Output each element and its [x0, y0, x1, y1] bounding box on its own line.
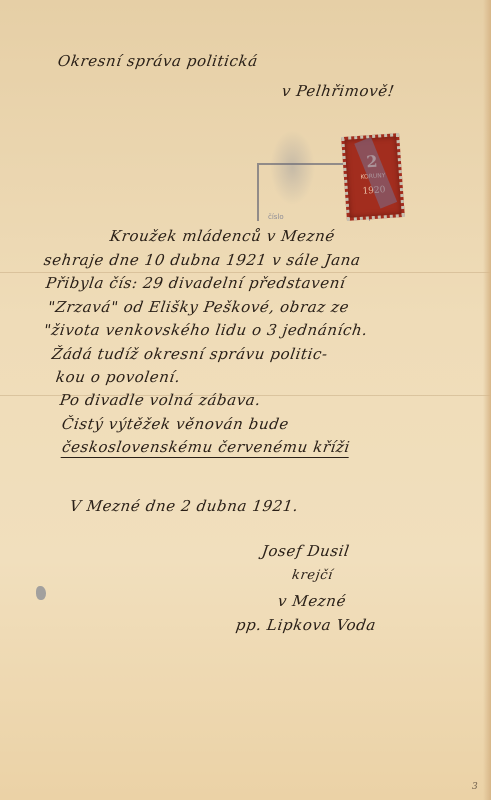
body-line: sehraje dne 10 dubna 1921 v sále Jana: [43, 251, 362, 269]
signature-place: v Mezné: [277, 592, 348, 610]
address-line-2: v Pelhřimově!: [281, 82, 396, 100]
body-line-underlined: československému červenému kříži: [61, 438, 352, 458]
address-line-1: Okresní správa politická: [57, 52, 259, 70]
body-line: Čistý výtěžek věnován bude: [61, 415, 290, 433]
document-page: Okresní správa politická v Pelhřimově! č…: [0, 0, 491, 800]
date-line: V Mezné dne 2 dubna 1921.: [69, 497, 300, 515]
body-line: "života venkovského lidu o 3 jednáních.: [43, 321, 369, 339]
signature-title: krejčí: [291, 568, 334, 583]
body-line: "Zrzavá" od Elišky Peškové, obraz ze: [47, 298, 351, 316]
signature-name: Josef Dusil: [261, 542, 351, 560]
page-number: 3: [472, 782, 478, 792]
registry-stamp-label: číslo: [268, 213, 284, 221]
paper-fold: [0, 272, 491, 273]
signature-post: pp. Lipkova Voda: [235, 616, 378, 634]
body-line: Po divadle volná zábava.: [59, 391, 262, 409]
body-line: Žádá tudíž okresní správu politic-: [51, 345, 329, 363]
body-line: Kroužek mládenců v Mezné: [109, 227, 336, 245]
revenue-stamp: 2 KORUNY 1920: [341, 133, 405, 221]
body-line: kou o povolení.: [55, 368, 182, 386]
ink-blot: [36, 586, 46, 600]
body-line: Přibyla čís: 29 divadelní představení: [45, 274, 347, 292]
